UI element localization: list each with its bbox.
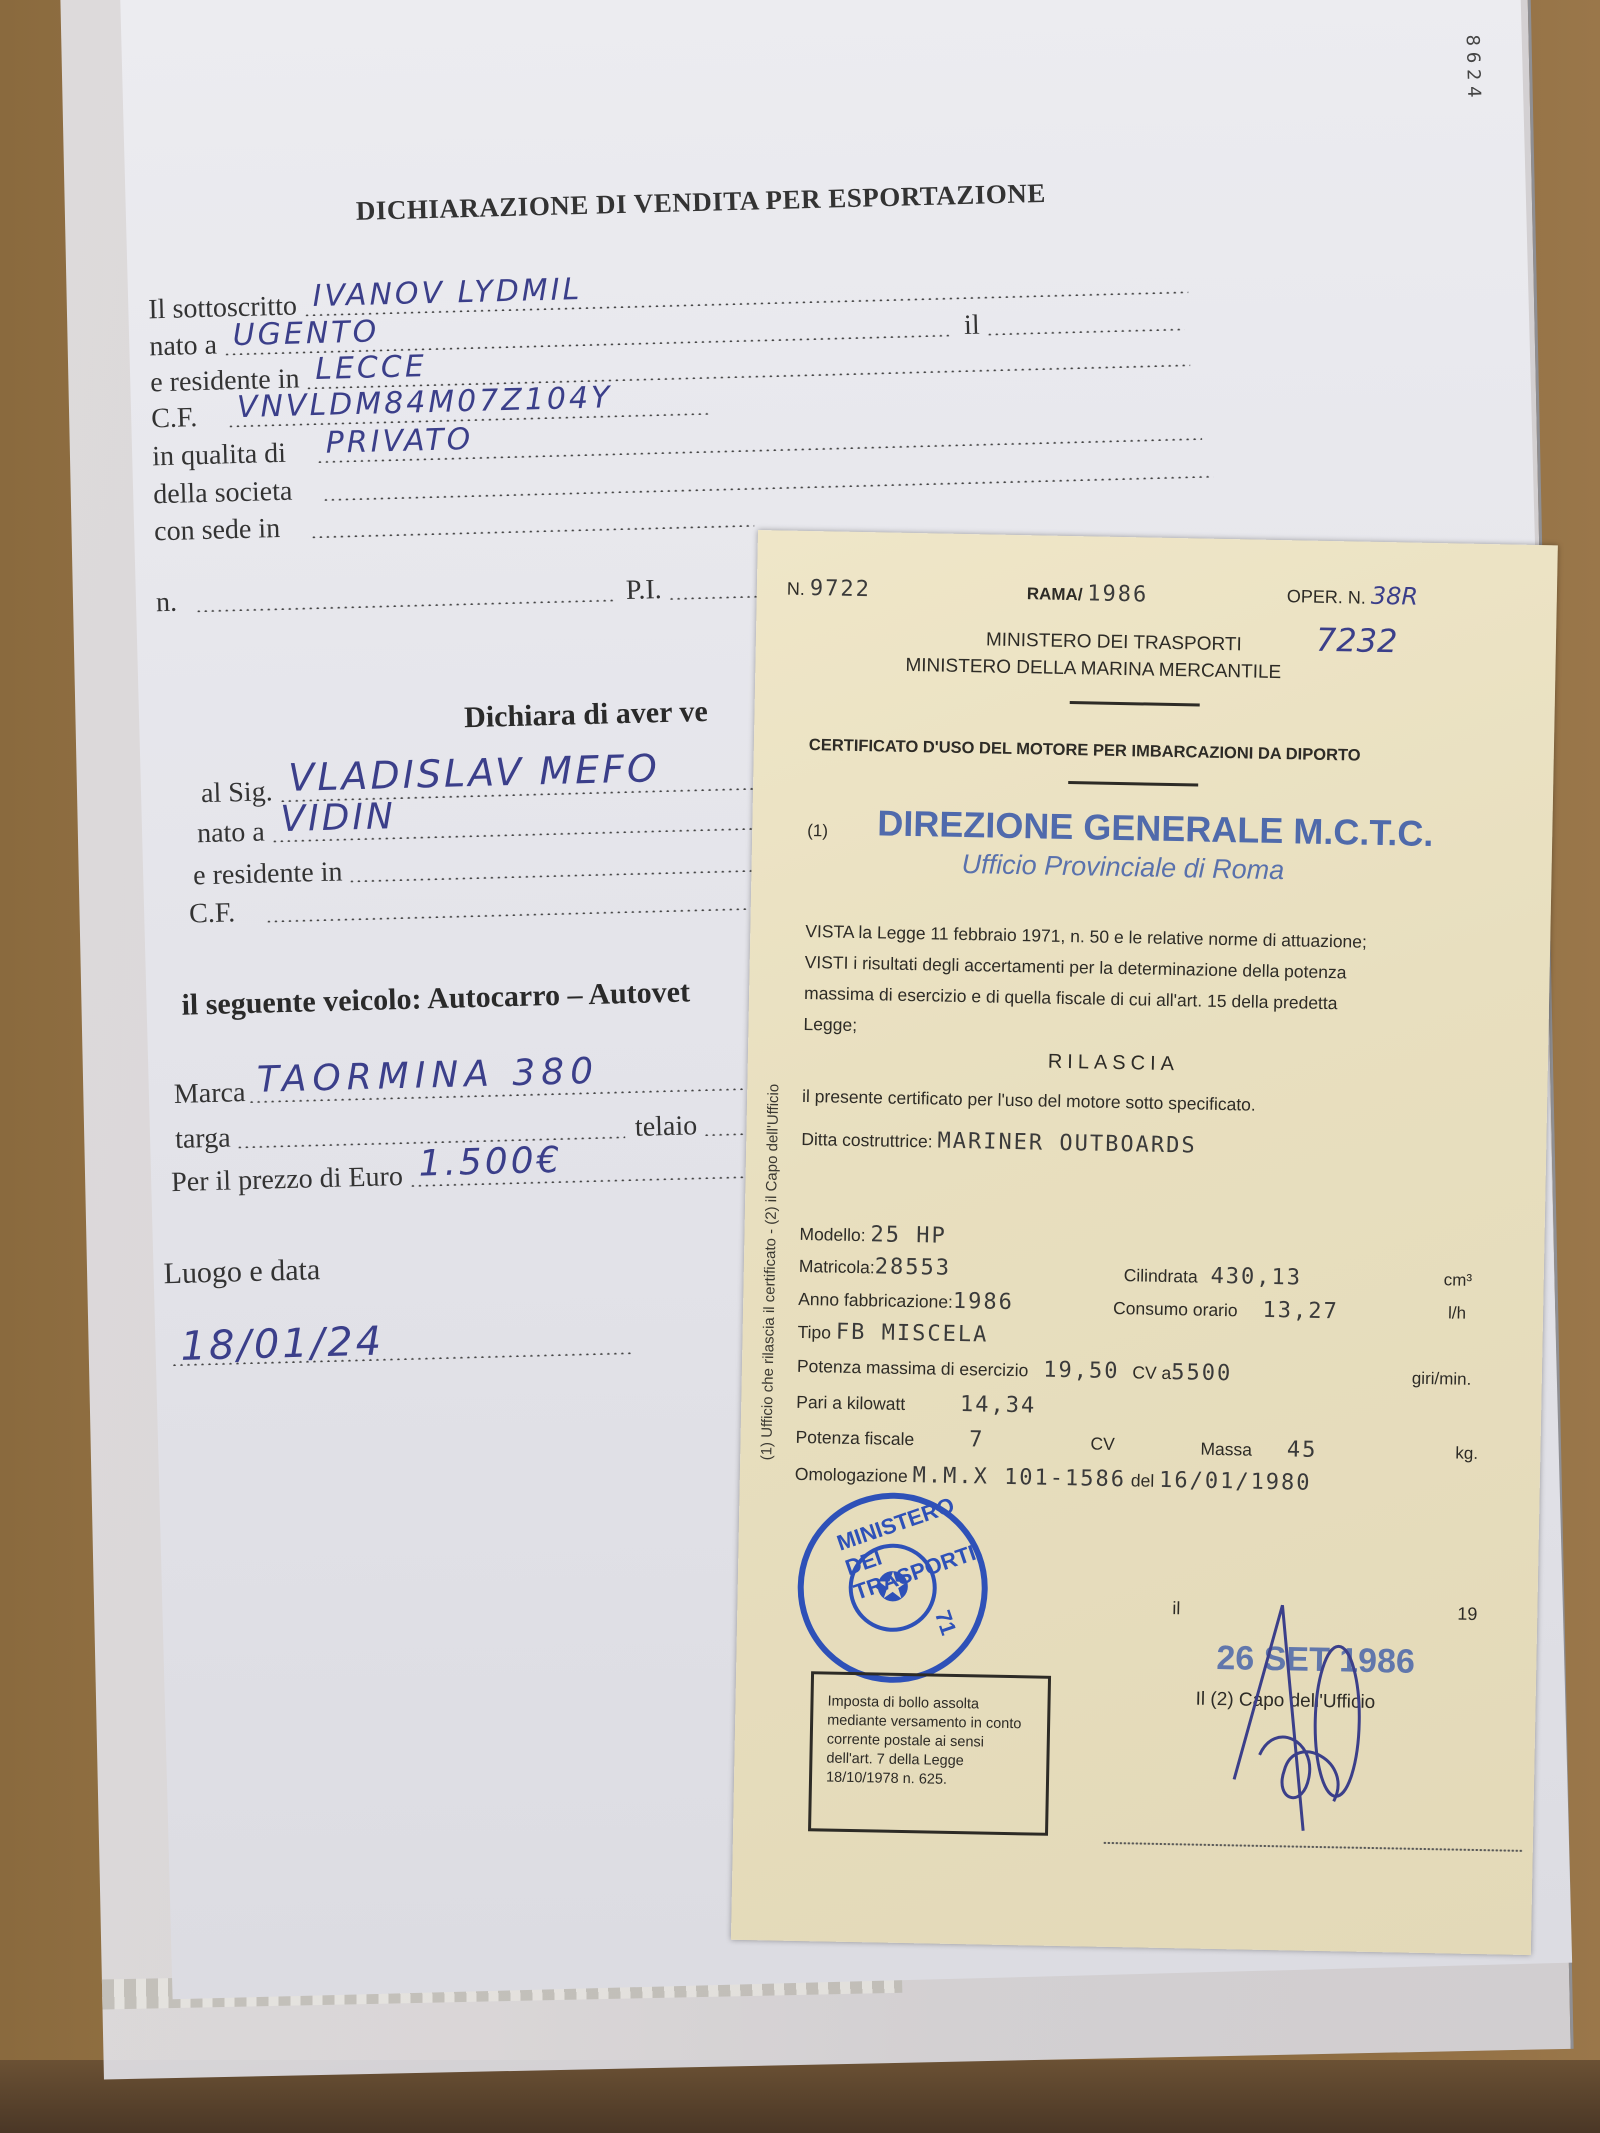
vehicle-heading: il seguente veicolo: Autocarro – Autovet bbox=[181, 975, 690, 1022]
spec-kilowatt-value: 14,34 bbox=[960, 1392, 1037, 1418]
place-date-value: 18/01/24 bbox=[180, 1319, 385, 1370]
divider bbox=[1068, 781, 1198, 786]
preamble: VISTA la Legge 11 febbraio 1971, n. 50 e… bbox=[803, 916, 1367, 1051]
buyer-name-label: al Sig. bbox=[201, 776, 273, 810]
seller-cf-label: C.F. bbox=[151, 402, 198, 435]
cert-title: CERTIFICATO D'USO DEL MOTORE PER IMBARCA… bbox=[809, 736, 1361, 766]
buyer-residence-label: e residente in bbox=[193, 856, 343, 892]
buyer-birthplace-value: VIDIN bbox=[280, 796, 397, 840]
seller-capacity-label: in qualita di bbox=[152, 438, 287, 473]
spec-rpm-unit: giri/min. bbox=[1412, 1369, 1472, 1390]
rilascia-heading: RILASCIA bbox=[1048, 1051, 1180, 1077]
spec-rpm-value: 5500 bbox=[1171, 1360, 1232, 1386]
price-field[interactable]: Per il prezzo di Euro 1.500€ bbox=[171, 1151, 782, 1199]
spec-fiscal-unit: CV bbox=[1090, 1434, 1115, 1455]
signature-icon bbox=[1213, 1599, 1418, 1843]
spec-fiscal-power-value: 7 bbox=[969, 1427, 985, 1452]
spec-consumption-unit: l/h bbox=[1448, 1303, 1466, 1323]
ministry-transport: MINISTERO DEI TRASPORTI bbox=[986, 629, 1242, 656]
side-footnote: (1) Ufficio che rilascia il certificato … bbox=[758, 1084, 782, 1461]
cert-number-label: N. bbox=[787, 579, 805, 599]
spec-mass-label: Massa bbox=[1200, 1439, 1252, 1460]
manufacturer-label: Ditta costruttrice: bbox=[801, 1129, 933, 1152]
spec-displacement-label: Cilindrata bbox=[1124, 1265, 1198, 1286]
ministry-merchant-marine: MINISTERO DELLA MARINA MERCANTILE bbox=[905, 655, 1281, 684]
spec-type: Tipo FB MISCELA bbox=[797, 1319, 988, 1348]
signature-line bbox=[1103, 1842, 1523, 1852]
seller-residence-value: LECCE bbox=[315, 349, 427, 387]
spec-kilowatt: Pari a kilowatt 14,34 bbox=[796, 1389, 1036, 1419]
vat-label: P.I. bbox=[625, 574, 662, 607]
seal-number: 71 bbox=[929, 1607, 962, 1639]
spec-consumption-label: Consumo orario bbox=[1113, 1298, 1238, 1320]
issue-year-prefix: 19 bbox=[1457, 1604, 1477, 1625]
spec-serial: Matricola:28553 bbox=[799, 1253, 952, 1281]
place-date-label: Luogo e data bbox=[163, 1253, 320, 1291]
spec-model-value: 25 HP bbox=[870, 1222, 947, 1248]
vehicle-plate-label: targa bbox=[175, 1123, 231, 1156]
spec-displacement: Cilindrata 430,13 bbox=[1124, 1262, 1303, 1290]
cert-oper: OPER. N. 38R bbox=[1287, 580, 1419, 611]
spec-cv-a-label: CV a bbox=[1132, 1362, 1171, 1383]
price-value: 1.500€ bbox=[418, 1140, 563, 1185]
cert-oper-handwritten: 7232 bbox=[1316, 621, 1398, 661]
declares-heading: Dichiara di aver ve bbox=[464, 695, 708, 735]
issue-il-label: il bbox=[1172, 1598, 1180, 1619]
spec-fiscal-power-label: Potenza fiscale bbox=[795, 1427, 914, 1449]
cert-oper-value: 38R bbox=[1371, 582, 1419, 611]
spec-consumption-value: 13,27 bbox=[1262, 1298, 1339, 1324]
stamp-duty-box: Imposta di bollo assolta mediante versam… bbox=[808, 1671, 1051, 1836]
spec-serial-value: 28553 bbox=[874, 1254, 951, 1280]
spec-mass-value: 45 bbox=[1287, 1437, 1318, 1463]
form-title: DICHIARAZIONE DI VENDITA PER ESPORTAZION… bbox=[355, 178, 1046, 227]
spec-model-label: Modello: bbox=[799, 1224, 866, 1245]
spec-max-power-value: 19,50 bbox=[1043, 1358, 1120, 1384]
spec-year-label: Anno fabbricazione: bbox=[798, 1289, 953, 1312]
place-date-heading: Luogo e data bbox=[163, 1253, 320, 1291]
spec-year: Anno fabbricazione:1986 bbox=[798, 1286, 1014, 1315]
seller-capacity-value: PRIVATO bbox=[325, 422, 473, 461]
cert-number-value: 9722 bbox=[810, 576, 871, 602]
margin-marks: 8 6 2 4 bbox=[1462, 34, 1485, 98]
spec-fiscal-power: Potenza fiscale 7 bbox=[795, 1424, 984, 1453]
buyer-birthplace-label: nato a bbox=[197, 817, 265, 851]
vehicle-brand-label: Marca bbox=[174, 1077, 246, 1111]
rilascia-text: il presente certificato per l'uso del mo… bbox=[802, 1086, 1256, 1116]
vehicle-heading-text: il seguente veicolo: Autocarro – Autovet bbox=[181, 975, 690, 1022]
vehicle-brand-value: TAORMINA 380 bbox=[257, 1051, 600, 1101]
spec-homologation-del-label: del bbox=[1131, 1470, 1155, 1490]
seller-birthplace-value: UGENTO bbox=[232, 314, 379, 353]
spec-homologation-date: 16/01/1980 bbox=[1159, 1468, 1312, 1496]
manufacturer: Ditta costruttrice: MARINER OUTBOARDS bbox=[801, 1126, 1197, 1159]
footnote-marker-1: (1) bbox=[807, 821, 828, 841]
spec-consumption: Consumo orario 13,27 bbox=[1113, 1295, 1339, 1324]
spec-homologation-value: M.M.X 101-1586 bbox=[912, 1463, 1126, 1492]
vehicle-chassis-label: telaio bbox=[635, 1110, 698, 1144]
seller-birthdate-field[interactable]: il bbox=[964, 304, 1185, 342]
spec-homologation-label: Omologazione bbox=[795, 1464, 908, 1486]
buyer-name-value: VLADISLAV MEFO bbox=[288, 746, 661, 800]
spec-max-power: Potenza massima di esercizio 19,50 CV a5… bbox=[797, 1353, 1233, 1386]
seller-birthplace-label: nato a bbox=[149, 330, 217, 364]
spec-type-label: Tipo bbox=[797, 1322, 831, 1343]
company-number-label: n. bbox=[156, 587, 178, 620]
spec-mass-unit: kg. bbox=[1455, 1444, 1478, 1464]
seller-birthdate-label: il bbox=[964, 310, 980, 342]
company-label: della societa bbox=[153, 476, 293, 512]
spec-serial-label: Matricola: bbox=[799, 1256, 875, 1277]
cert-oper-label: OPER. N. bbox=[1287, 586, 1366, 608]
buyer-cf-field[interactable]: C.F. bbox=[189, 884, 750, 931]
vehicle-brand-field[interactable]: Marca TAORMINA 380 bbox=[174, 1064, 745, 1111]
seller-name-value: IVANOV LYDMIL bbox=[312, 272, 583, 314]
cert-rama-value: 1986 bbox=[1087, 581, 1148, 607]
cert-rama: RAMA/ 1986 bbox=[1027, 580, 1149, 607]
spec-homologation: Omologazione M.M.X 101-1586 del 16/01/19… bbox=[795, 1461, 1312, 1496]
cert-rama-label: RAMA/ bbox=[1027, 584, 1083, 604]
stamp-ufficio-roma: Ufficio Provinciale di Roma bbox=[961, 849, 1284, 886]
buyer-cf-label: C.F. bbox=[189, 897, 236, 930]
spec-displacement-value: 430,13 bbox=[1210, 1264, 1302, 1291]
engine-use-certificate: N. 9722 RAMA/ 1986 OPER. N. 38R 7232 MIN… bbox=[731, 530, 1558, 1955]
spec-kilowatt-label: Pari a kilowatt bbox=[796, 1392, 905, 1414]
place-date-field[interactable]: 18/01/24 bbox=[171, 1352, 631, 1372]
manufacturer-value: MARINER OUTBOARDS bbox=[937, 1129, 1197, 1159]
declares-label: Dichiara di aver ve bbox=[464, 695, 708, 735]
spec-model: Modello: 25 HP bbox=[799, 1221, 947, 1249]
spec-displacement-unit: cm³ bbox=[1444, 1270, 1473, 1291]
spec-year-value: 1986 bbox=[953, 1289, 1014, 1315]
company-seat-label: con sede in bbox=[154, 513, 281, 548]
price-label: Per il prezzo di Euro bbox=[171, 1161, 403, 1199]
seal-emblem-icon: ✪ bbox=[848, 1543, 938, 1633]
ministry-seal-stamp: MINISTERO DEI TRASPORTI ✪ 71 bbox=[796, 1491, 990, 1685]
company-number-field[interactable]: n. bbox=[156, 575, 617, 619]
stamp-direzione-generale: DIREZIONE GENERALE M.C.T.C. bbox=[877, 802, 1434, 855]
cert-number: N. 9722 bbox=[787, 576, 871, 603]
divider bbox=[1070, 701, 1200, 706]
buyer-birthplace-field[interactable]: nato a VIDIN bbox=[197, 803, 773, 850]
spec-type-value: FB MISCELA bbox=[836, 1320, 989, 1348]
spec-max-power-label: Potenza massima di esercizio bbox=[797, 1356, 1029, 1380]
spec-mass: Massa 45 bbox=[1200, 1436, 1317, 1463]
